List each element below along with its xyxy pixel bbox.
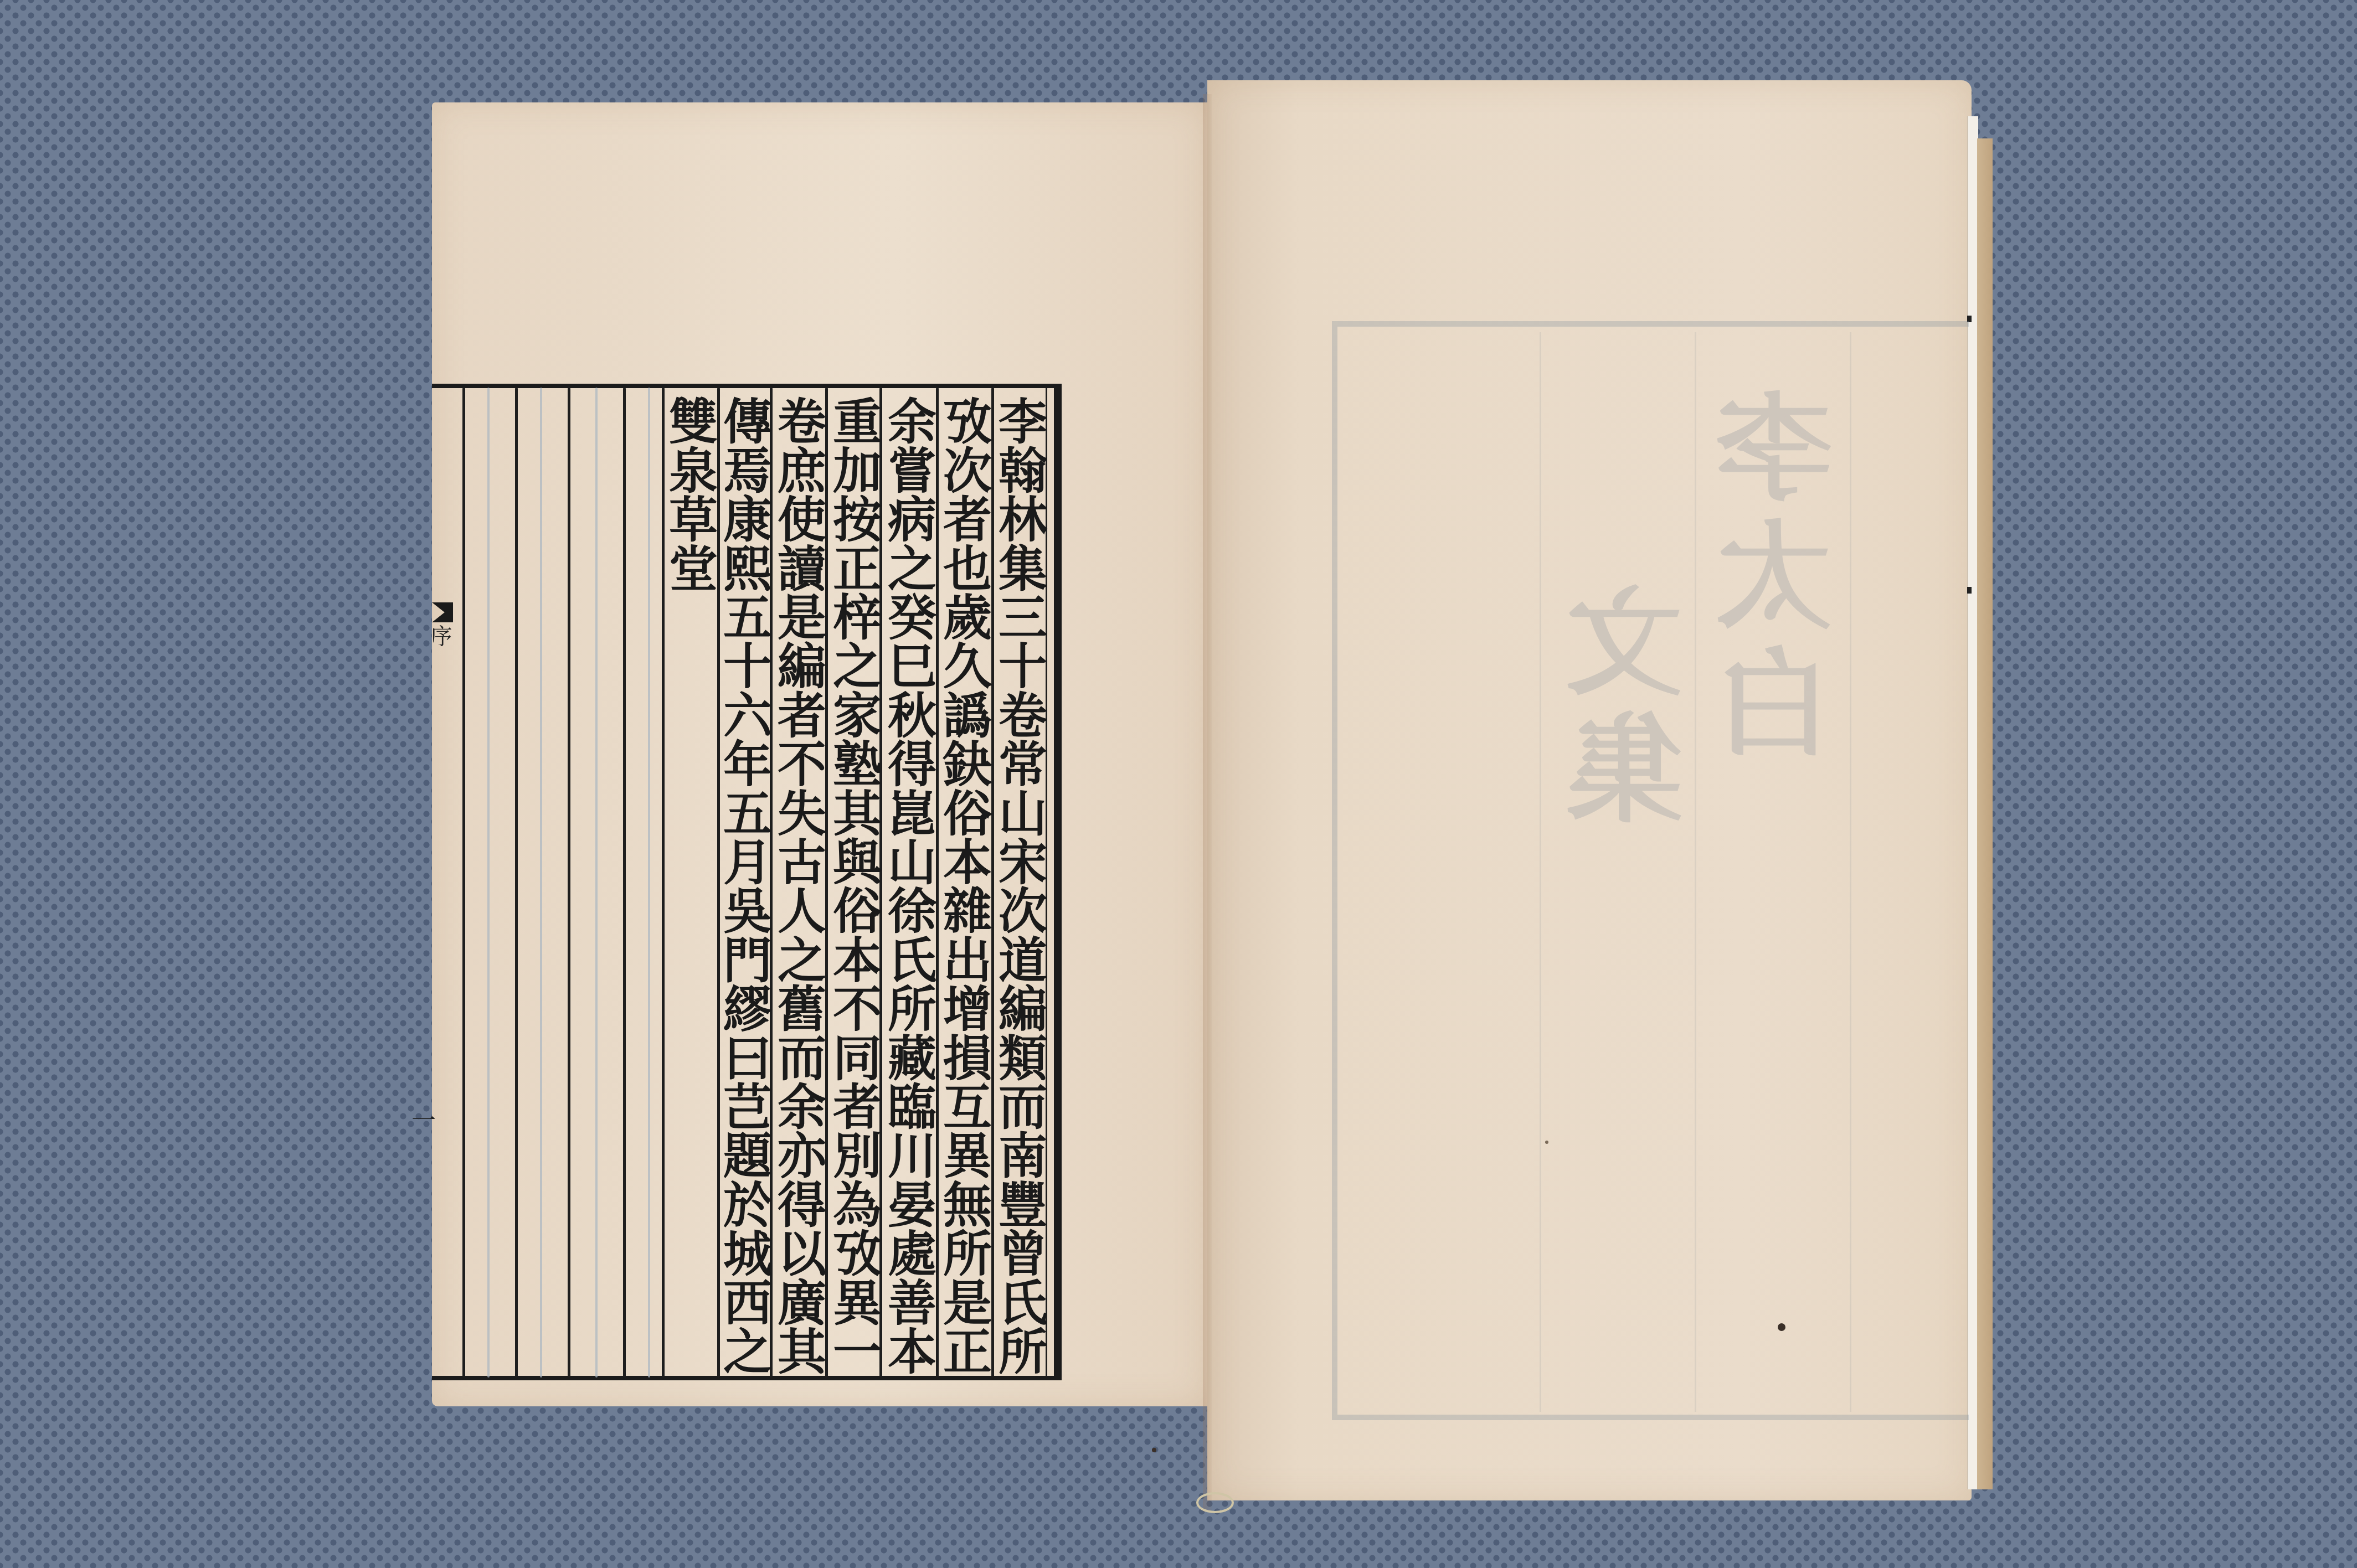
column-rule-faint bbox=[487, 388, 490, 1378]
column-rule-faint bbox=[595, 388, 598, 1378]
text-column-6: 傳焉康熙五十六年五月吳門繆曰芑題於城西之 bbox=[719, 396, 770, 1375]
show-through-frame bbox=[1332, 321, 1969, 1420]
paper-spot bbox=[1152, 1448, 1156, 1452]
text-column-3: 余嘗病之癸巳秋得崑山徐氏所藏臨川晏處善本 bbox=[883, 396, 934, 1375]
show-through-rule bbox=[1540, 332, 1541, 1412]
column-rule bbox=[568, 388, 570, 1378]
column-rule bbox=[462, 388, 465, 1378]
paper-spot bbox=[1545, 1141, 1548, 1144]
page-number: 一 bbox=[416, 1107, 439, 1132]
page-edge-stack bbox=[1967, 116, 1978, 1489]
column-rule bbox=[623, 388, 626, 1378]
book-gutter-fold bbox=[1203, 94, 1212, 1512]
column-rule bbox=[515, 388, 518, 1378]
text-column-7: 雙泉草堂 bbox=[665, 396, 716, 592]
column-rule-faint bbox=[648, 388, 650, 1378]
show-through-rule bbox=[1695, 332, 1696, 1412]
binding-thread bbox=[1196, 1492, 1234, 1513]
paper-spot bbox=[1778, 1323, 1785, 1331]
text-column-1: 李翰林集三十卷常山宋次道編類而南豐曾氏所 bbox=[994, 396, 1045, 1375]
text-column-5: 卷庶使讀是編者不失古人之舊而余亦得以廣其 bbox=[773, 396, 824, 1375]
column-rule-faint bbox=[540, 388, 542, 1378]
text-column-4: 重加按正梓之家塾其與俗本不同者別為攷異一 bbox=[828, 396, 879, 1375]
show-through-text-2: 文集 bbox=[1567, 581, 1700, 836]
text-column-2: 攷次者也歲久譌鈌俗本雜出增損互異無所是正 bbox=[939, 396, 990, 1375]
book-cover-edge bbox=[1977, 138, 1993, 1489]
show-through-text-1: 李太白 bbox=[1717, 388, 1850, 770]
section-label: 序 bbox=[433, 625, 455, 658]
